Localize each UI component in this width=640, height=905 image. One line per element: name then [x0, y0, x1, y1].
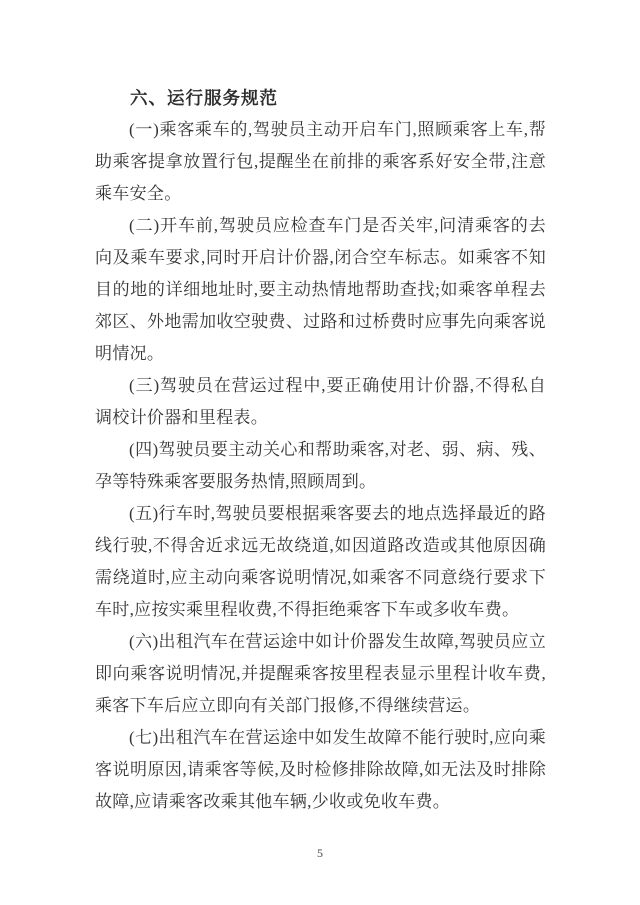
- document-content: 六、运行服务规范 (一)乘客乘车的,驾驶员主动开启车门,照顾乘客上车,帮助乘客提…: [95, 82, 546, 818]
- paragraph-1: (一)乘客乘车的,驾驶员主动开启车门,照顾乘客上车,帮助乘客提拿放置行包,提醒坐…: [95, 114, 546, 210]
- paragraph-4: (四)驾驶员要主动关心和帮助乘客,对老、弱、病、残、孕等特殊乘客要服务热情,照顾…: [95, 434, 546, 498]
- paragraph-5: (五)行车时,驾驶员要根据乘客要去的地点选择最近的路线行驶,不得舍近求远无故绕道…: [95, 498, 546, 626]
- paragraph-7: (七)出租汽车在营运途中如发生故障不能行驶时,应向乘客说明原因,请乘客等候,及时…: [95, 722, 546, 818]
- page-number: 5: [0, 846, 640, 861]
- section-title: 六、运行服务规范: [95, 82, 546, 114]
- paragraph-2: (二)开车前,驾驶员应检查车门是否关牢,问清乘客的去向及乘车要求,同时开启计价器…: [95, 210, 546, 370]
- paragraph-6: (六)出租汽车在营运途中如计价器发生故障,驾驶员应立即向乘客说明情况,并提醒乘客…: [95, 626, 546, 722]
- paragraph-3: (三)驾驶员在营运过程中,要正确使用计价器,不得私自调校计价器和里程表。: [95, 370, 546, 434]
- document-page: 六、运行服务规范 (一)乘客乘车的,驾驶员主动开启车门,照顾乘客上车,帮助乘客提…: [0, 0, 640, 905]
